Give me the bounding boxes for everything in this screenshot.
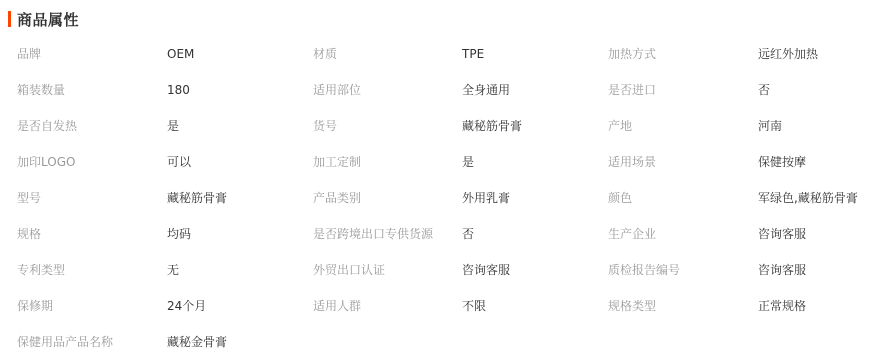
accent-bar	[8, 11, 11, 27]
attribute-value: 可以	[167, 144, 191, 180]
attribute-label: 适用部位	[313, 72, 361, 108]
attribute-label: 外贸出口认证	[313, 252, 385, 288]
attribute-label: 适用人群	[313, 288, 361, 324]
attribute-value: TPE	[462, 36, 484, 72]
attribute-label: 是否自发热	[17, 108, 77, 144]
attribute-value: 军绿色,藏秘筋骨膏	[758, 180, 858, 216]
attribute-value: 全身通用	[462, 72, 510, 108]
attribute-row: 型号 藏秘筋骨膏 产品类别 外用乳膏 颜色 军绿色,藏秘筋骨膏	[0, 180, 886, 216]
attribute-row: 箱装数量 180 适用部位 全身通用 是否进口 否	[0, 72, 886, 108]
attribute-label: 产品类别	[313, 180, 361, 216]
attribute-value: OEM	[167, 36, 194, 72]
attribute-value: 是	[167, 108, 179, 144]
attribute-value: 藏秘筋骨膏	[167, 180, 227, 216]
attribute-label: 是否进口	[608, 72, 656, 108]
attribute-row: 规格 均码 是否跨境出口专供货源 否 生产企业 咨询客服	[0, 216, 886, 252]
attribute-value: 保健按摩	[758, 144, 806, 180]
attribute-label: 加工定制	[313, 144, 361, 180]
attribute-label: 适用场景	[608, 144, 656, 180]
attribute-value: 否	[462, 216, 474, 252]
attribute-row: 品牌 OEM 材质 TPE 加热方式 远红外加热	[0, 36, 886, 72]
attribute-label: 是否跨境出口专供货源	[313, 216, 433, 252]
attribute-label: 加热方式	[608, 36, 656, 72]
attribute-row: 加印LOGO 可以 加工定制 是 适用场景 保健按摩	[0, 144, 886, 180]
attribute-value: 咨询客服	[462, 252, 510, 288]
attribute-label: 货号	[313, 108, 337, 144]
attribute-row: 专利类型 无 外贸出口认证 咨询客服 质检报告编号 咨询客服	[0, 252, 886, 288]
attribute-label: 规格类型	[608, 288, 656, 324]
attribute-value: 不限	[462, 288, 486, 324]
attribute-value: 藏秘金骨膏	[167, 324, 227, 360]
attribute-label: 保修期	[17, 288, 53, 324]
attribute-label: 质检报告编号	[608, 252, 680, 288]
attribute-value: 是	[462, 144, 474, 180]
attribute-value: 咨询客服	[758, 252, 806, 288]
attribute-label: 生产企业	[608, 216, 656, 252]
attribute-value: 180	[167, 72, 190, 108]
attribute-label: 产地	[608, 108, 632, 144]
attribute-row: 保修期 24个月 适用人群 不限 规格类型 正常规格	[0, 288, 886, 324]
attribute-label: 规格	[17, 216, 41, 252]
attribute-value: 24个月	[167, 288, 206, 324]
attribute-value: 均码	[167, 216, 191, 252]
attribute-label: 箱装数量	[17, 72, 65, 108]
attribute-value: 咨询客服	[758, 216, 806, 252]
attribute-value: 外用乳膏	[462, 180, 510, 216]
section-header: 商品属性	[8, 9, 79, 29]
section-title: 商品属性	[17, 9, 79, 30]
attribute-value: 远红外加热	[758, 36, 818, 72]
attribute-row: 保健用品产品名称 藏秘金骨膏	[0, 324, 886, 360]
attribute-label: 颜色	[608, 180, 632, 216]
attribute-label: 保健用品产品名称	[17, 324, 113, 360]
attribute-value: 否	[758, 72, 770, 108]
attribute-value: 无	[167, 252, 179, 288]
attributes-table: 品牌 OEM 材质 TPE 加热方式 远红外加热 箱装数量 180 适用部位 全…	[0, 36, 886, 360]
attribute-label: 材质	[313, 36, 337, 72]
attribute-label: 专利类型	[17, 252, 65, 288]
attribute-value: 藏秘筋骨膏	[462, 108, 522, 144]
attribute-value: 正常规格	[758, 288, 806, 324]
attribute-label: 型号	[17, 180, 41, 216]
attribute-label: 加印LOGO	[17, 144, 75, 180]
attribute-value: 河南	[758, 108, 782, 144]
attribute-label: 品牌	[17, 36, 41, 72]
attribute-row: 是否自发热 是 货号 藏秘筋骨膏 产地 河南	[0, 108, 886, 144]
